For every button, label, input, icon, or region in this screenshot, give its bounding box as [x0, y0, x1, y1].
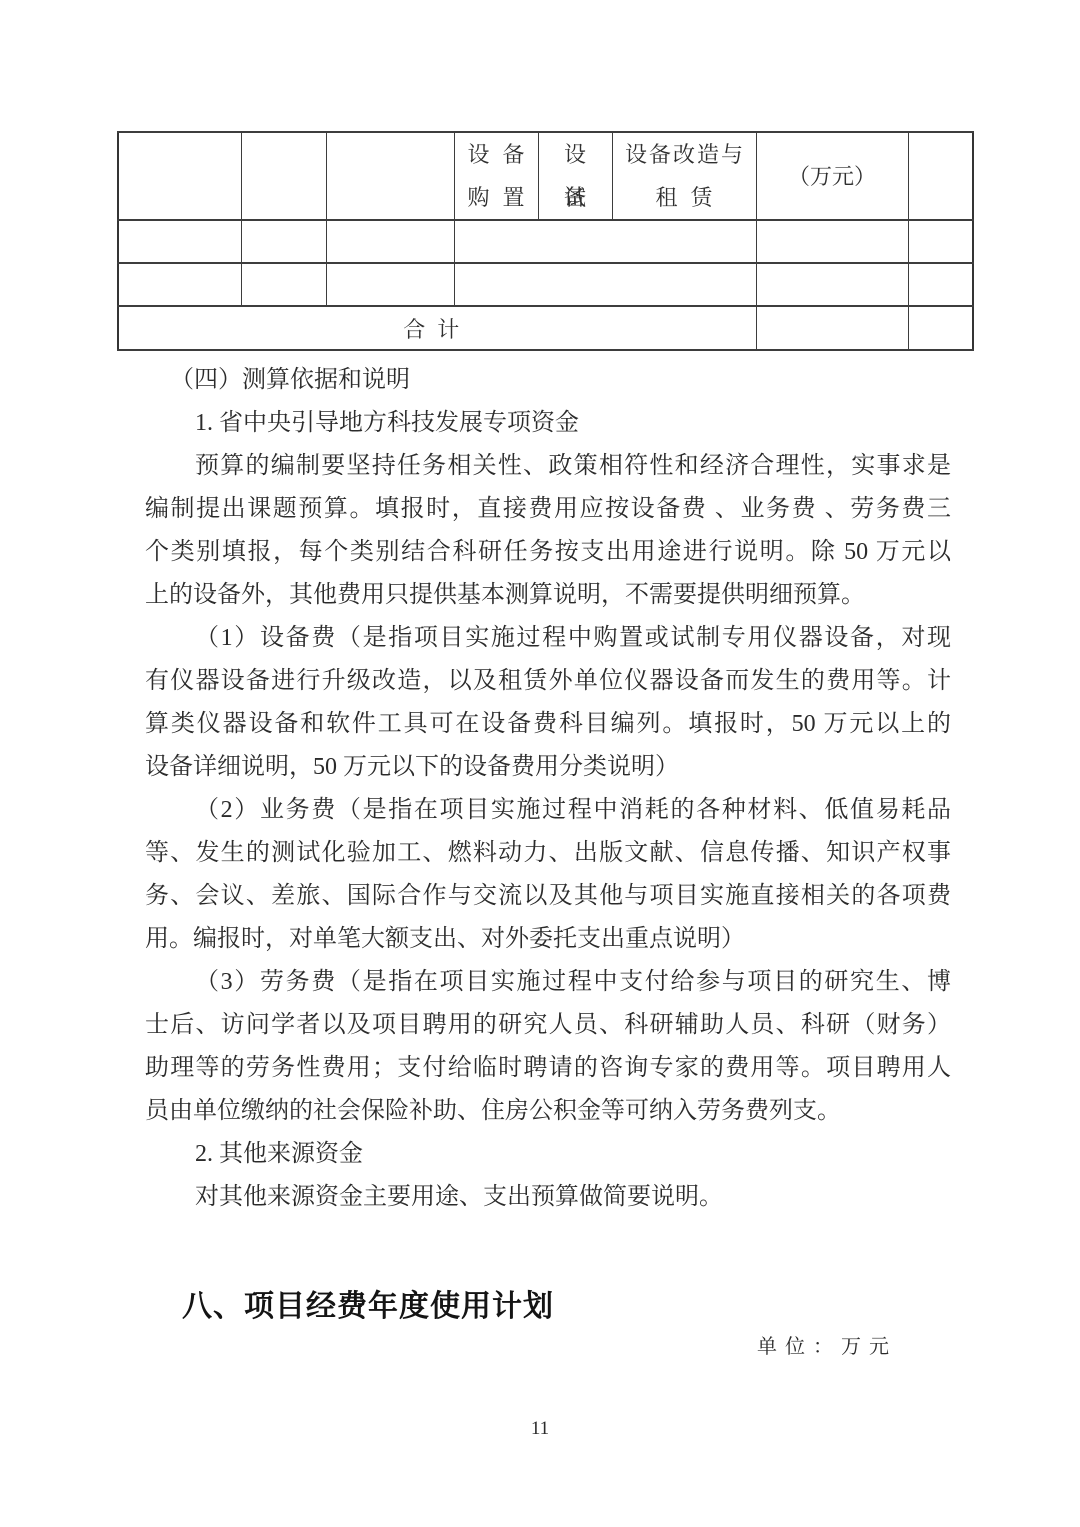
table-total-row: 合计 [118, 306, 973, 350]
table-row [118, 220, 973, 263]
body-line: （2）业务费（是指在项目实施过程中消耗的各种材料、低值易耗品 [145, 789, 951, 832]
body-line: 2. 其他来源资金 [145, 1133, 951, 1176]
budget-table-continued: 设备 购置 设备 试制 设备改造与 租赁 （万元） [117, 131, 974, 351]
table-cell [908, 220, 973, 263]
body-line: 等、发生的测试化验加工、燃料动力、出版文献、信息传播、知识产权事 [145, 832, 951, 875]
table-cell [908, 263, 973, 306]
body-line: 士后、访问学者以及项目聘用的研究人员、科研辅助人员、科研（财务） [145, 1004, 951, 1047]
table-row [118, 263, 973, 306]
table-cell [118, 220, 241, 263]
table-cell [756, 263, 908, 306]
table-cell-merged [454, 263, 756, 306]
table-header-row: 设备 购置 设备 试制 设备改造与 租赁 （万元） [118, 132, 973, 220]
table-cell-merged [454, 220, 756, 263]
body-line: 对其他来源资金主要用途、支出预算做简要说明。 [145, 1176, 951, 1219]
header-line: 设备 [455, 133, 538, 176]
body-line: 员由单位缴纳的社会保险补助、住房公积金等可纳入劳务费列支。 [145, 1090, 951, 1133]
body-line: 用。编报时，对单笔大额支出、对外委托支出重点说明） [145, 918, 951, 961]
header-line: 设备 [539, 133, 612, 176]
header-line: 设备改造与 [613, 133, 756, 176]
body-line: 务、会议、差旅、国际合作与交流以及其他与项目实施直接相关的各项费 [145, 875, 951, 918]
page-number: 11 [0, 1418, 1080, 1440]
header-line: （万元） [757, 155, 908, 198]
body-line: 个类别填报，每个类别结合科研任务按支出用途进行说明。除 50 万元以 [145, 531, 951, 574]
body-line: （1）设备费（是指项目实施过程中购置或试制专用仪器设备，对现 [145, 617, 951, 660]
table-cell [326, 263, 454, 306]
header-cell-empty-1 [118, 132, 241, 220]
body-line: 算类仪器设备和软件工具可在设备费科目编列。填报时，50 万元以上的 [145, 703, 951, 746]
table-cell [241, 263, 326, 306]
header-line: 租赁 [613, 176, 756, 219]
document-page: 设备 购置 设备 试制 设备改造与 租赁 （万元） [0, 0, 1080, 1527]
body-line: 上的设备外，其他费用只提供基本测算说明，不需要提供明细预算。 [145, 574, 951, 617]
header-line: 试制 [539, 176, 612, 219]
table-cell [326, 220, 454, 263]
header-line: 购置 [455, 176, 538, 219]
body-text-block: （四）测算依据和说明 1. 省中央引导地方科技发展专项资金 预算的编制要坚持任务… [145, 359, 951, 1219]
header-cell-equip-purchase: 设备 购置 [454, 132, 538, 220]
table-cell [118, 263, 241, 306]
header-cell-empty-3 [326, 132, 454, 220]
section-heading: 八、项目经费年度使用计划 [182, 1288, 554, 1326]
total-label-cell: 合计 [118, 306, 756, 350]
body-line: 设备详细说明，50 万元以下的设备费用分类说明） [145, 746, 951, 789]
body-line: （3）劳务费（是指在项目实施过程中支付给参与项目的研究生、博 [145, 961, 951, 1004]
table-cell [756, 220, 908, 263]
body-line: 助理等的劳务性费用；支付给临时聘请的咨询专家的费用等。项目聘用人 [145, 1047, 951, 1090]
body-line: （四）测算依据和说明 [145, 359, 951, 402]
header-cell-equip-trial: 设备 试制 [538, 132, 612, 220]
body-line: 1. 省中央引导地方科技发展专项资金 [145, 402, 951, 445]
header-cell-empty-2 [241, 132, 326, 220]
table-cell [756, 306, 908, 350]
header-cell-equip-retrofit: 设备改造与 租赁 [612, 132, 756, 220]
body-line: 预算的编制要坚持任务相关性、政策相符性和经济合理性，实事求是 [145, 445, 951, 488]
table-cell [241, 220, 326, 263]
unit-note: 单位：万元 [757, 1334, 897, 1360]
body-line: 编制提出课题预算。填报时，直接费用应按设备费 、业务费 、劳务费三 [145, 488, 951, 531]
table-cell [908, 306, 973, 350]
header-cell-empty-4 [908, 132, 973, 220]
body-line: 有仪器设备进行升级改造，以及租赁外单位仪器设备而发生的费用等。计 [145, 660, 951, 703]
header-cell-unit: （万元） [756, 132, 908, 220]
